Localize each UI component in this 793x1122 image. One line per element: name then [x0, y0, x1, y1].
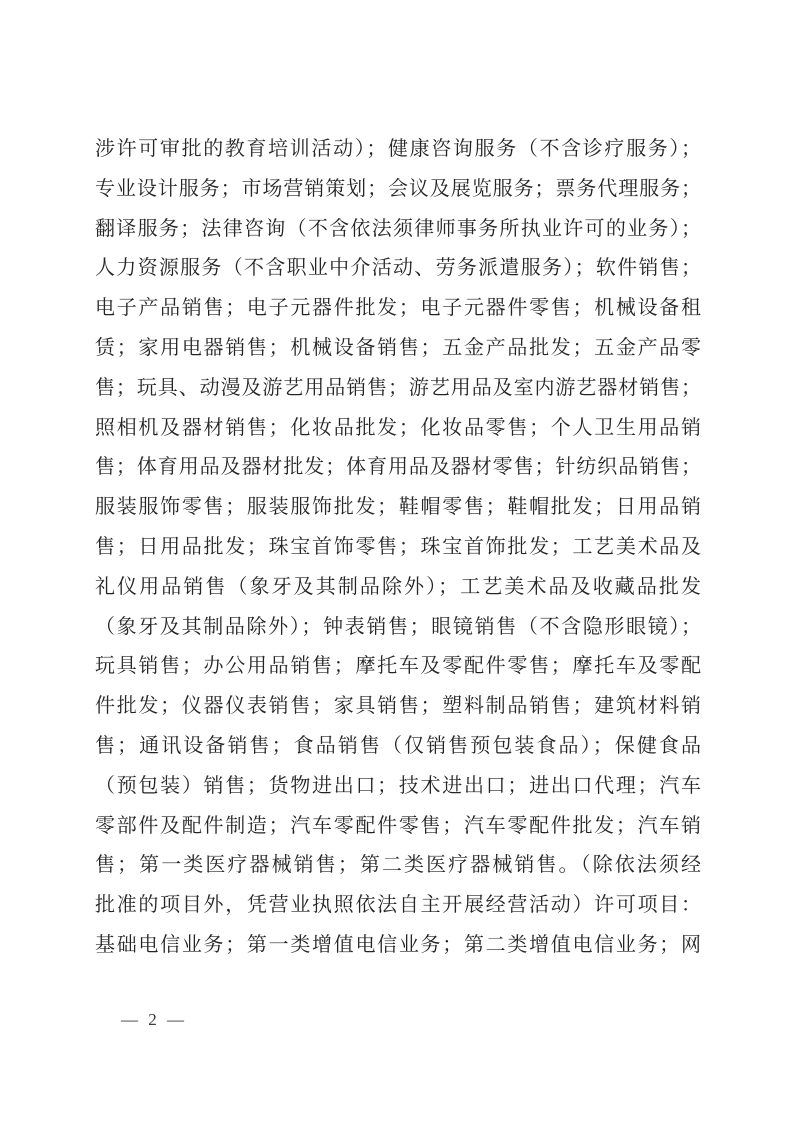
body-text-line: 服装服饰零售；服装服饰批发；鞋帽零售；鞋帽批发；日用品销 — [95, 488, 701, 528]
body-text-line: （象牙及其制品除外）；钟表销售；眼镜销售（不含隐形眼镜）； — [95, 608, 701, 648]
body-text-line: 赁；家用电器销售；机械设备销售；五金产品批发；五金产品零 — [95, 329, 701, 369]
body-text-line: 零部件及配件制造；汽车零配件零售；汽车零配件批发；汽车销 — [95, 807, 701, 847]
body-text-line: 涉许可审批的教育培训活动）；健康咨询服务（不含诊疗服务）； — [95, 130, 701, 170]
body-text-line: 翻译服务；法律咨询（不含依法须律师事务所执业许可的业务）； — [95, 210, 701, 250]
body-text-line: 电子产品销售；电子元器件批发；电子元器件零售；机械设备租 — [95, 289, 701, 329]
body-text-line: 玩具销售；办公用品销售；摩托车及零配件零售；摩托车及零配 — [95, 647, 701, 687]
body-text-line: 售；体育用品及器材批发；体育用品及器材零售；针纺织品销售； — [95, 448, 701, 488]
body-text-line: 售；第一类医疗器械销售；第二类医疗器械销售。（除依法须经 — [95, 846, 701, 886]
body-text-block: 涉许可审批的教育培训活动）；健康咨询服务（不含诊疗服务）； 专业设计服务；市场营… — [95, 130, 701, 966]
body-text-line: 礼仪用品销售（象牙及其制品除外）；工艺美术品及收藏品批发 — [95, 568, 701, 608]
body-text-line: 件批发；仪器仪表销售；家具销售；塑料制品销售；建筑材料销 — [95, 687, 701, 727]
body-text-line: 基础电信业务；第一类增值电信业务；第二类增值电信业务；网 — [95, 926, 701, 966]
body-text-line: 专业设计服务；市场营销策划；会议及展览服务；票务代理服务； — [95, 170, 701, 210]
body-text-line: 照相机及器材销售；化妆品批发；化妆品零售；个人卫生用品销 — [95, 409, 701, 449]
page-number: — 2 — — [121, 1010, 187, 1030]
body-text-line: （预包装）销售；货物进出口；技术进出口；进出口代理；汽车 — [95, 767, 701, 807]
body-text-line: 人力资源服务（不含职业中介活动、劳务派遣服务）；软件销售； — [95, 249, 701, 289]
body-text-line: 售；日用品批发；珠宝首饰零售；珠宝首饰批发；工艺美术品及 — [95, 528, 701, 568]
document-page: 涉许可审批的教育培训活动）；健康咨询服务（不含诊疗服务）； 专业设计服务；市场营… — [0, 0, 793, 1122]
body-text-line: 批准的项目外，凭营业执照依法自主开展经营活动）许可项目： — [95, 886, 701, 926]
body-text-line: 售；通讯设备销售；食品销售（仅销售预包装食品）；保健食品 — [95, 727, 701, 767]
body-text-line: 售；玩具、动漫及游艺用品销售；游艺用品及室内游艺器材销售； — [95, 369, 701, 409]
